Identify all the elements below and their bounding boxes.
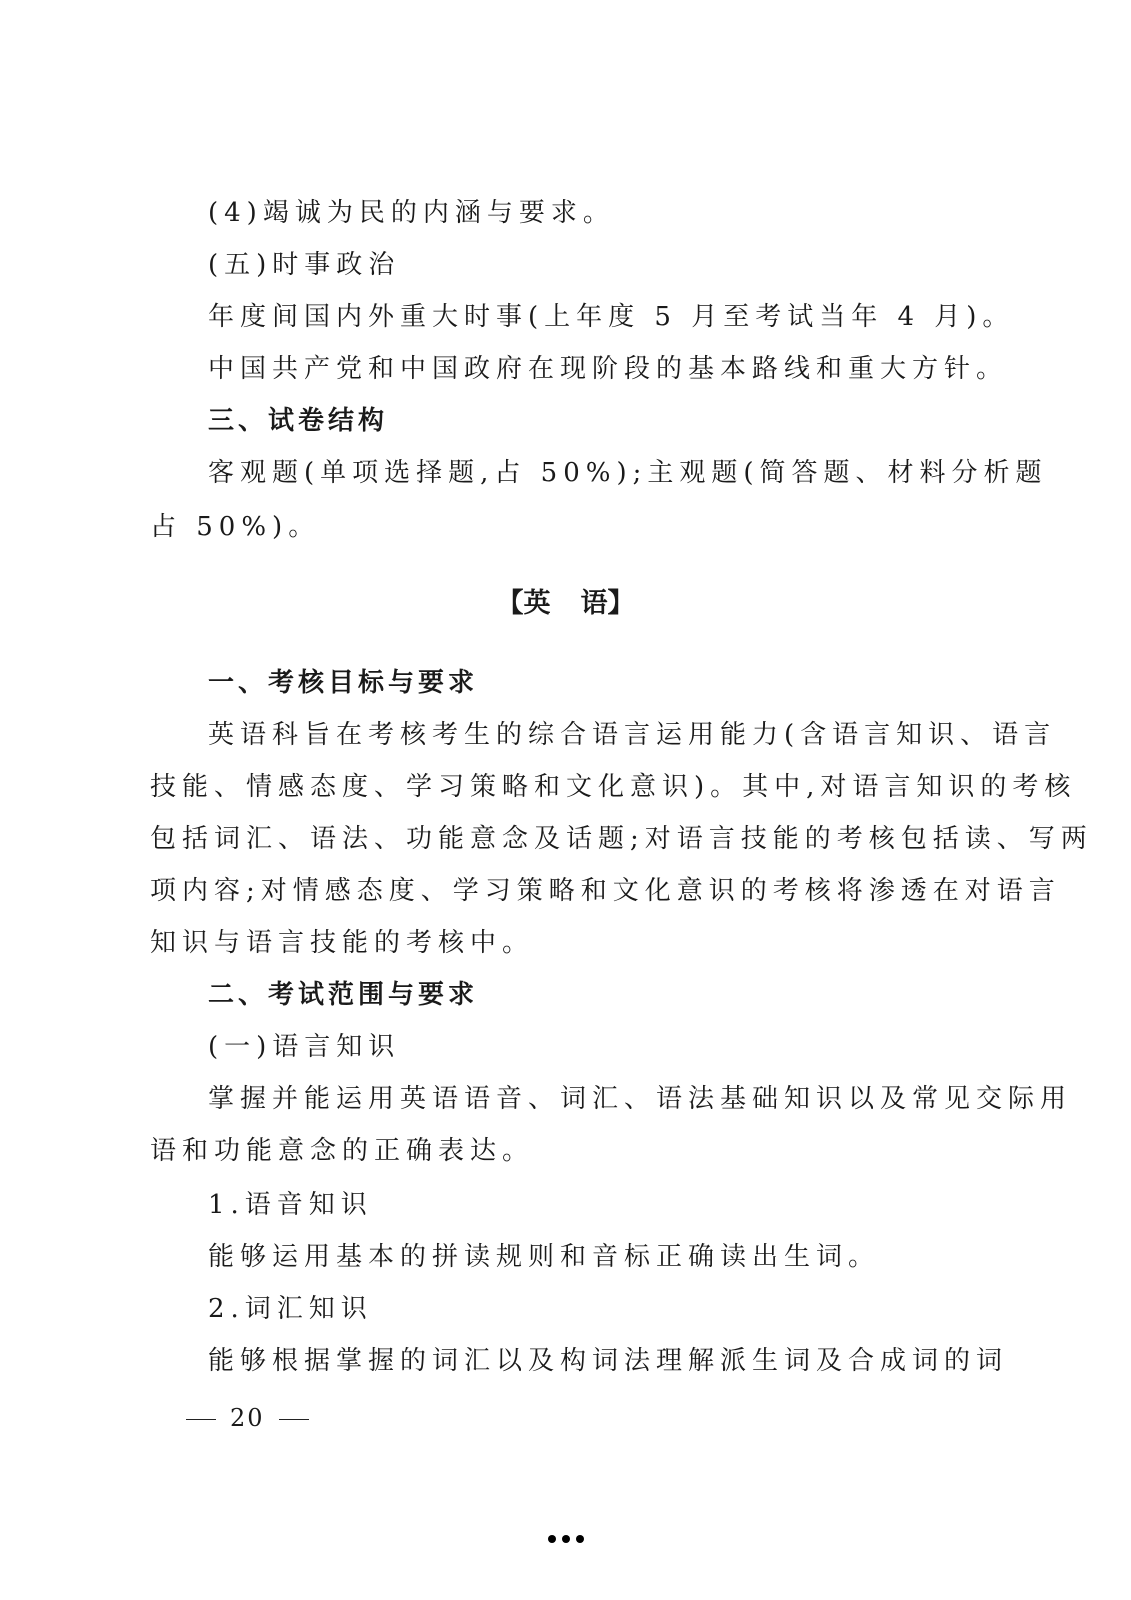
dot	[548, 1535, 556, 1543]
paragraph-line: 客观题(单项选择题,占 50%);主观题(简答题、材料分析题	[208, 458, 1048, 488]
paragraph-line: 技能、情感态度、学习策略和文化意识)。其中,对语言知识的考核	[150, 772, 1076, 802]
document-page: (4)竭诚为民的内涵与要求。 (五)时事政治 年度间国内外重大时事(上年度 5 …	[0, 0, 1131, 1600]
subject-title: 【英语】	[0, 588, 1131, 620]
paragraph-line: 中国共产党和中国政府在现阶段的基本路线和重大方针。	[208, 354, 1008, 384]
dash-left	[186, 1419, 216, 1421]
paragraph-line: 项内容;对情感态度、学习策略和文化意识的考核将渗透在对语言	[150, 876, 1061, 906]
subsection-heading: (五)时事政治	[208, 250, 400, 280]
paragraph-line: 英语科旨在考核考生的综合语言运用能力(含语言知识、语言	[208, 720, 1056, 750]
paragraph-line: 能够根据掌握的词汇以及构词法理解派生词及合成词的词	[208, 1346, 1008, 1376]
dot	[562, 1535, 570, 1543]
paragraph-line: 能够运用基本的拼读规则和音标正确读出生词。	[208, 1242, 880, 1272]
more-dots-icon[interactable]	[0, 1528, 1131, 1547]
page-number-value: 20	[230, 1404, 265, 1432]
subject-title-right: 语】	[581, 588, 635, 619]
dot	[576, 1535, 584, 1543]
section-heading: 二、考试范围与要求	[208, 980, 478, 1010]
paragraph-line: 占 50%)。	[150, 512, 320, 542]
paragraph-line: (4)竭诚为民的内涵与要求。	[208, 198, 615, 228]
paragraph-line: 知识与语言技能的考核中。	[150, 928, 534, 958]
paragraph-line: 包括词汇、语法、功能意念及话题;对语言技能的考核包括读、写两	[150, 824, 1093, 854]
paragraph-line: 年度间国内外重大时事(上年度 5 月至考试当年 4 月)。	[208, 302, 1014, 332]
section-heading: 三、试卷结构	[208, 406, 388, 436]
subsection-heading: (一)语言知识	[208, 1032, 400, 1062]
section-heading: 一、考核目标与要求	[208, 668, 478, 698]
subject-title-left: 【英	[497, 588, 551, 619]
dash-right	[279, 1419, 309, 1421]
paragraph-line: 语和功能意念的正确表达。	[150, 1136, 534, 1166]
item-heading: 1.语音知识	[208, 1190, 373, 1220]
paragraph-line: 掌握并能运用英语语音、词汇、语法基础知识以及常见交际用	[208, 1084, 1072, 1114]
item-heading: 2.词汇知识	[208, 1294, 373, 1324]
page-number: 20	[172, 1404, 323, 1432]
